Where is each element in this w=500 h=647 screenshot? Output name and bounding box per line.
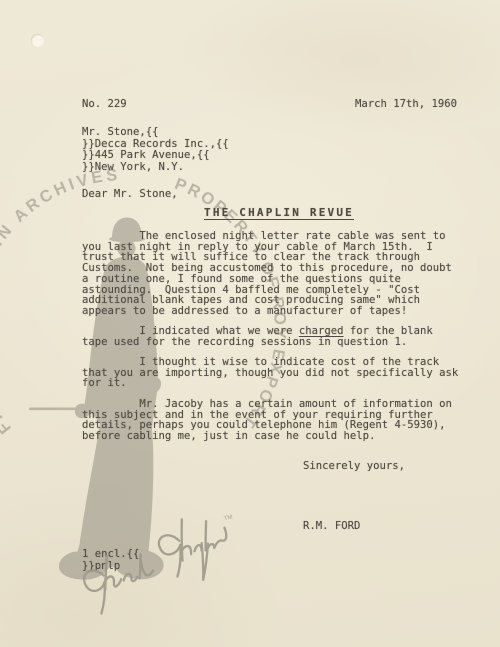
salutation: Dear Mr. Stone, bbox=[82, 189, 178, 200]
letter-page: Chaplin Tramp silhouette FROM THE CHAPLI… bbox=[0, 0, 500, 647]
recipient-address: Mr. Stone,{{ }}Decca Records Inc.,{{ }}4… bbox=[82, 127, 229, 173]
paragraph-2: I indicated what we were charged for the… bbox=[82, 326, 482, 347]
paragraph-3: I thought it wise to indicate cost of th… bbox=[82, 357, 482, 389]
closing: Sincerely yours, bbox=[303, 461, 405, 472]
recipient-street: 445 Park Avenue, bbox=[95, 149, 197, 161]
recipient-city: New York, N.Y. bbox=[95, 161, 184, 173]
recipient-name: Mr. Stone, bbox=[82, 126, 146, 138]
subject-line: THE CHAPLIN REVUE bbox=[204, 208, 354, 219]
paragraph-4: Mr. Jacoby has a certain amount of infor… bbox=[82, 399, 482, 442]
paragraph-1: The enclosed night letter rate cable was… bbox=[82, 231, 482, 317]
signer-name: R.M. FORD bbox=[303, 521, 360, 532]
trademark-mark: TM bbox=[223, 514, 233, 522]
letter-date: March 17th, 1960 bbox=[355, 99, 457, 110]
reference-number: No. 229 bbox=[82, 99, 127, 110]
recipient-company: Decca Records Inc., bbox=[95, 138, 216, 150]
